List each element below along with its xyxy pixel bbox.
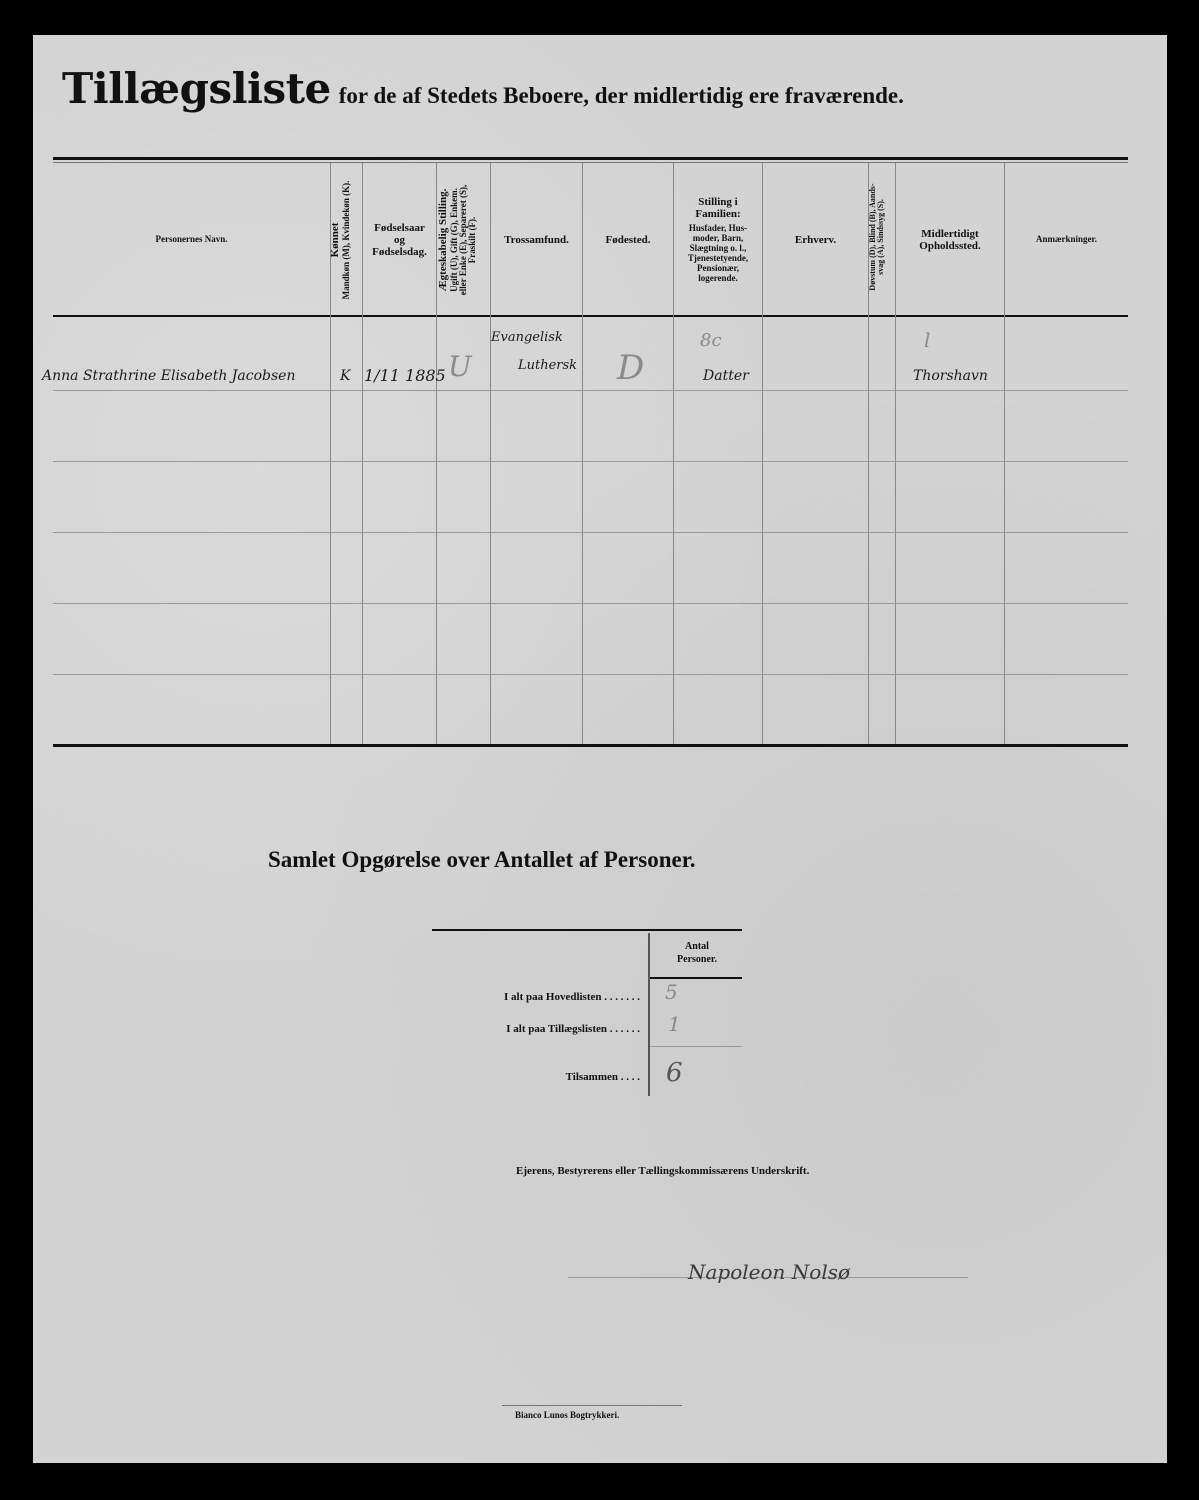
header-sex: Kønnet Mandkøn (M), Kvindekøn (K). xyxy=(330,165,362,315)
table-bottom-rule xyxy=(53,744,1128,747)
summary-value-supplement-list: 1 xyxy=(668,1012,681,1036)
form-title-main: Tillægsliste xyxy=(62,64,331,113)
cell-family: Datter xyxy=(703,368,749,384)
header-disability: Døvstum (D), Blind (B), Aands- svag (A),… xyxy=(869,162,895,312)
header-bottom-rule xyxy=(53,315,1128,317)
cell-birth: 1/11 1885 xyxy=(364,366,446,385)
cell-birthplace: D xyxy=(617,348,644,388)
cell-sex: K xyxy=(340,368,350,384)
summary-divider xyxy=(648,933,650,1096)
header-birth: Fødselsaar og Fødselsdag. xyxy=(363,165,436,315)
form-title-subtitle: for de af Stedets Beboere, der midlertid… xyxy=(339,83,904,108)
header-occupation: Erhverv. xyxy=(763,165,868,315)
summary-column-header: Antal Personer. xyxy=(652,940,742,966)
header-religion: Trossamfund. xyxy=(491,165,582,315)
row-divider xyxy=(53,390,1128,391)
row-divider xyxy=(53,461,1128,462)
summary-header-rule xyxy=(650,977,742,979)
signature-label: Ejerens, Bestyrerens eller Tællingskommi… xyxy=(516,1165,809,1177)
cell-temp-residence-mark: l xyxy=(924,328,930,352)
printer-rule xyxy=(502,1405,682,1406)
form-title: Tillægslistefor de af Stedets Beboere, d… xyxy=(62,64,1092,113)
header-marital: Ægteskabelig Stilling. Ugift (U), Gift (… xyxy=(438,165,488,315)
cell-family-mark: 8c xyxy=(700,330,722,351)
summary-top-rule xyxy=(432,929,742,931)
summary-title: Samlet Opgørelse over Antallet af Person… xyxy=(268,847,696,873)
row-divider xyxy=(53,532,1128,533)
row-divider xyxy=(53,674,1128,675)
signature-value: Napoleon Nolsø xyxy=(688,1260,850,1284)
cell-religion-line2: Luthersk xyxy=(518,358,577,373)
header-remarks: Anmærkninger. xyxy=(1005,165,1128,315)
cell-religion-line1: Evangelisk xyxy=(491,330,563,345)
header-birthplace: Fødested. xyxy=(583,165,673,315)
header-name: Personernes Navn. xyxy=(53,165,330,315)
header-temp-residence: Midlertidigt Opholdssted. xyxy=(896,165,1004,315)
summary-label-supplement-list: I alt paa Tillægslisten . . . . . . xyxy=(400,1023,640,1035)
header-family: Stilling i Familien: Husfader, Hus- mode… xyxy=(674,180,762,300)
summary-value-total: 6 xyxy=(666,1058,683,1088)
summary-label-main-list: I alt paa Hovedlisten . . . . . . . xyxy=(400,991,640,1003)
cell-name: Anna Strathrine Elisabeth Jacobsen xyxy=(42,368,295,384)
summary-label-total: Tilsammen . . . . xyxy=(400,1071,640,1083)
table-top-rule-thin xyxy=(53,162,1128,163)
table-top-rule xyxy=(53,157,1128,160)
cell-marital: U xyxy=(448,350,472,383)
cell-temp-residence: Thorshavn xyxy=(913,368,988,384)
summary-value-main-list: 5 xyxy=(665,980,678,1004)
row-divider xyxy=(53,603,1128,604)
summary-subtotal-rule xyxy=(650,1046,742,1047)
printer-imprint: Bianco Lunos Bogtrykkeri. xyxy=(515,1410,619,1420)
